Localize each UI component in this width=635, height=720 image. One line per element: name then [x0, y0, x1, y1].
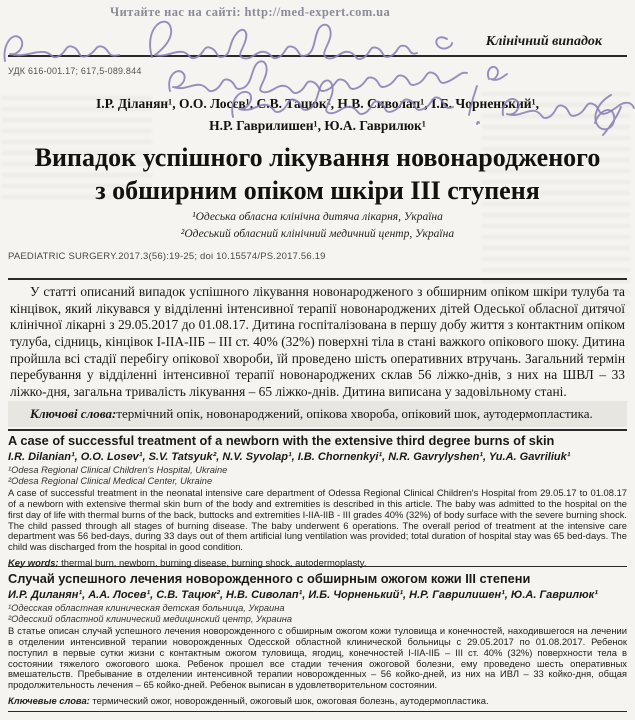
- affiliation-ru-1: ¹Одесская областная клиническая детская …: [8, 603, 627, 614]
- authors-russian: И.Р. Диланян¹, А.А. Лосев¹, С.В. Тацюк²,…: [8, 589, 627, 601]
- russian-section-rule: [8, 566, 627, 567]
- authors-english: I.R. Dilanian¹, O.O. Losev¹, S.V. Tatsyu…: [8, 451, 627, 463]
- page-bottom-rule: [8, 711, 627, 712]
- abstract-russian: В статье описан случай успешного лечения…: [8, 626, 627, 690]
- keywords-ru-label: Ключевые слова:: [8, 695, 90, 706]
- english-section-rule: [8, 429, 627, 431]
- russian-summary-block: Случай успешного лечения новорожденного …: [8, 572, 627, 706]
- authors-ukrainian: І.Р. Діланян¹, О.О. Лосєв¹, С.В. Тацюк²,…: [0, 93, 635, 136]
- affiliation-en-2: ²Odesa Regional Clinical Medical Center,…: [8, 476, 627, 487]
- keywords-ukrainian: Ключові слова: термічний опік, новонарод…: [8, 401, 627, 427]
- keywords-ua-label: Ключові слова:: [30, 406, 116, 422]
- header-rule: [8, 55, 627, 57]
- english-summary-block: A case of successful treatment of a newb…: [8, 434, 627, 568]
- article-title-english: A case of successful treatment of a newb…: [8, 434, 627, 448]
- affiliation-ua-1: ¹Одеська обласна клінічна дитяча лікарня…: [0, 209, 635, 226]
- affiliation-ua-2: ²Одеський обласний клінічний медичний це…: [0, 226, 635, 243]
- scanned-paper-page: Читайте нас на сайті: http://med-expert.…: [0, 0, 635, 720]
- section-label: Клінічний випадок: [486, 34, 602, 50]
- affiliation-en-1: ¹Odesa Regional Clinical Children's Hosp…: [8, 465, 627, 476]
- abstract-ukrainian: У статті описаний випадок успішного ліку…: [10, 284, 625, 401]
- abstract-english: A case of successful treatment in the ne…: [8, 488, 627, 552]
- keywords-russian: Ключевые слова: термический ожог, новоро…: [8, 695, 627, 706]
- affiliation-ru-2: ²Одесский областной клинический медицинс…: [8, 614, 627, 625]
- title-ua-line2: з обширним опіком шкіри ІІІ ступеня: [0, 175, 635, 208]
- title-ua-line1: Випадок успішного лікування новонароджен…: [0, 142, 635, 175]
- keywords-ru-text: термический ожог, новорожденный, ожоговы…: [90, 695, 489, 706]
- keywords-ua-text: термічний опік, новонароджений, опікова …: [116, 406, 592, 422]
- journal-site-url: Читайте нас на сайті: http://med-expert.…: [110, 5, 390, 20]
- authors-ua-line2: Н.Р. Гаврилишен¹, Ю.А. Гаврилюк¹: [0, 115, 635, 137]
- article-title-russian: Случай успешного лечения новорожденного …: [8, 572, 627, 586]
- article-title-ukrainian: Випадок успішного лікування новонароджен…: [0, 142, 635, 207]
- authors-ua-line1: І.Р. Діланян¹, О.О. Лосєв¹, С.В. Тацюк²,…: [0, 93, 635, 115]
- journal-citation-doi: PAEDIATRIC SURGERY.2017.3(56):19-25; doi…: [8, 251, 326, 262]
- udc-code: УДК 616-001.17; 617,5-089.844: [8, 66, 142, 76]
- abstract-top-rule: [8, 278, 627, 280]
- affiliations-ukrainian: ¹Одеська обласна клінічна дитяча лікарня…: [0, 209, 635, 242]
